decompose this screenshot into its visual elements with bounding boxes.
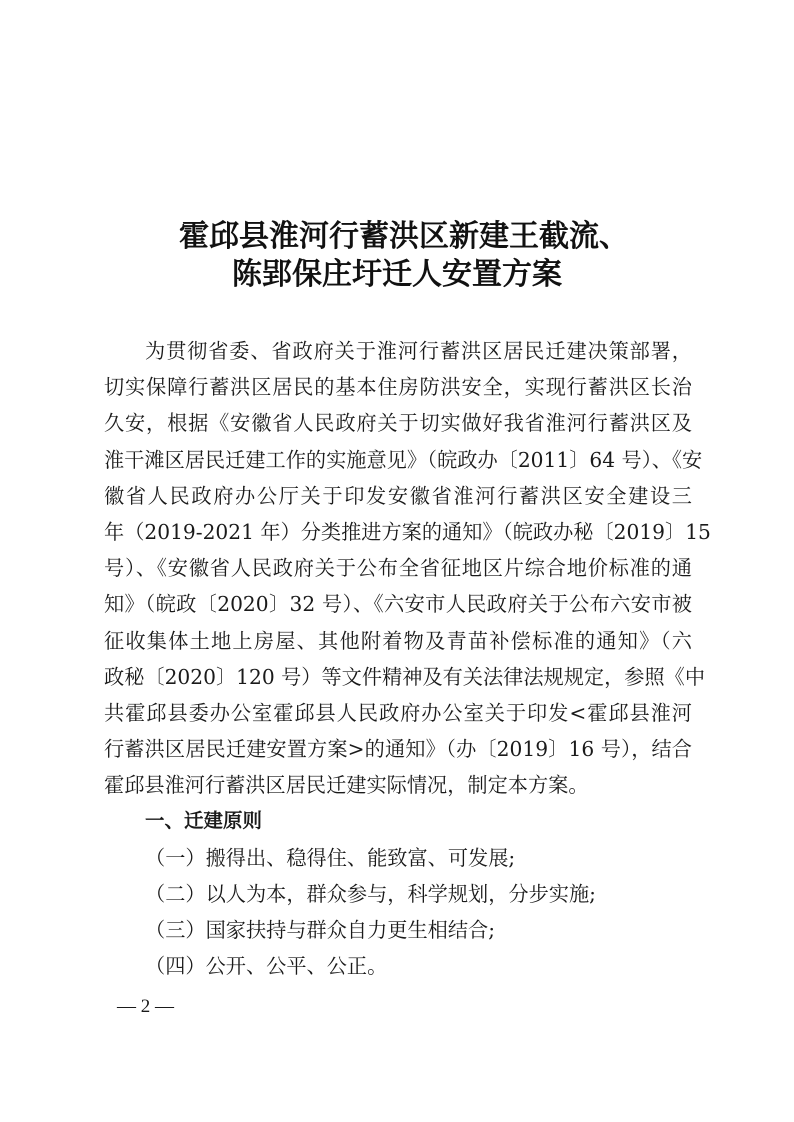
paragraph-line: 久安，根据《安徽省人民政府关于切实做好我省淮河行蓄洪区及 (104, 405, 692, 441)
paragraph-line: 霍邱县淮河行蓄洪区居民迁建实际情况，制定本方案。 (104, 767, 692, 803)
paragraph-line: 为贯彻省委、省政府关于淮河行蓄洪区居民迁建决策部署， (104, 333, 692, 369)
principle-item: （四）公开、公平、公正。 (104, 948, 692, 984)
principle-item: （三）国家扶持与群众自力更生相结合; (104, 912, 692, 948)
principle-item: （二）以人为本，群众参与，科学规划，分步实施; (104, 876, 692, 912)
paragraph-line: 徽省人民政府办公厅关于印发安徽省淮河行蓄洪区安全建设三 (104, 478, 692, 514)
paragraph-line: 年（2019-2021 年）分类推进方案的通知》（皖政办秘〔2019〕15 (104, 514, 692, 550)
paragraph-line: 共霍邱县委办公室霍邱县人民政府办公室关于印发<霍邱县淮河 (104, 695, 692, 731)
section-heading: 一、迁建原则 (104, 803, 692, 839)
document-page: 霍邱县淮河行蓄洪区新建王截流、 陈郢保庄圩迁人安置方案 为贯彻省委、省政府关于淮… (0, 0, 794, 1122)
paragraph-line: 淮干滩区居民迁建工作的实施意见》（皖政办〔2011〕64 号）、《安 (104, 442, 692, 478)
paragraph-line: 征收集体土地上房屋、其他附着物及青苗补偿标准的通知》（六 (104, 623, 692, 659)
intro-paragraph: 为贯彻省委、省政府关于淮河行蓄洪区居民迁建决策部署， 切实保障行蓄洪区居民的基本… (104, 333, 692, 803)
document-body: 为贯彻省委、省政府关于淮河行蓄洪区居民迁建决策部署， 切实保障行蓄洪区居民的基本… (104, 333, 692, 984)
title-line-2: 陈郢保庄圩迁人安置方案 (0, 256, 794, 294)
principle-item: （一）搬得出、稳得住、能致富、可发展; (104, 840, 692, 876)
paragraph-line: 知》（皖政〔2020〕32 号）、《六安市人民政府关于公布六安市被 (104, 586, 692, 622)
document-title: 霍邱县淮河行蓄洪区新建王截流、 陈郢保庄圩迁人安置方案 (0, 218, 794, 294)
page-number: — 2 — (117, 996, 174, 1018)
paragraph-line: 切实保障行蓄洪区居民的基本住房防洪安全，实现行蓄洪区长治 (104, 369, 692, 405)
paragraph-line: 号）、《安徽省人民政府关于公布全省征地区片综合地价标准的通 (104, 550, 692, 586)
title-line-1: 霍邱县淮河行蓄洪区新建王截流、 (0, 218, 794, 256)
paragraph-line: 政秘〔2020〕120 号）等文件精神及有关法律法规规定，参照《中 (104, 659, 692, 695)
section-principles: 一、迁建原则 （一）搬得出、稳得住、能致富、可发展; （二）以人为本，群众参与，… (104, 803, 692, 984)
paragraph-line: 行蓄洪区居民迁建安置方案>的通知》（办〔2019〕16 号），结合 (104, 731, 692, 767)
